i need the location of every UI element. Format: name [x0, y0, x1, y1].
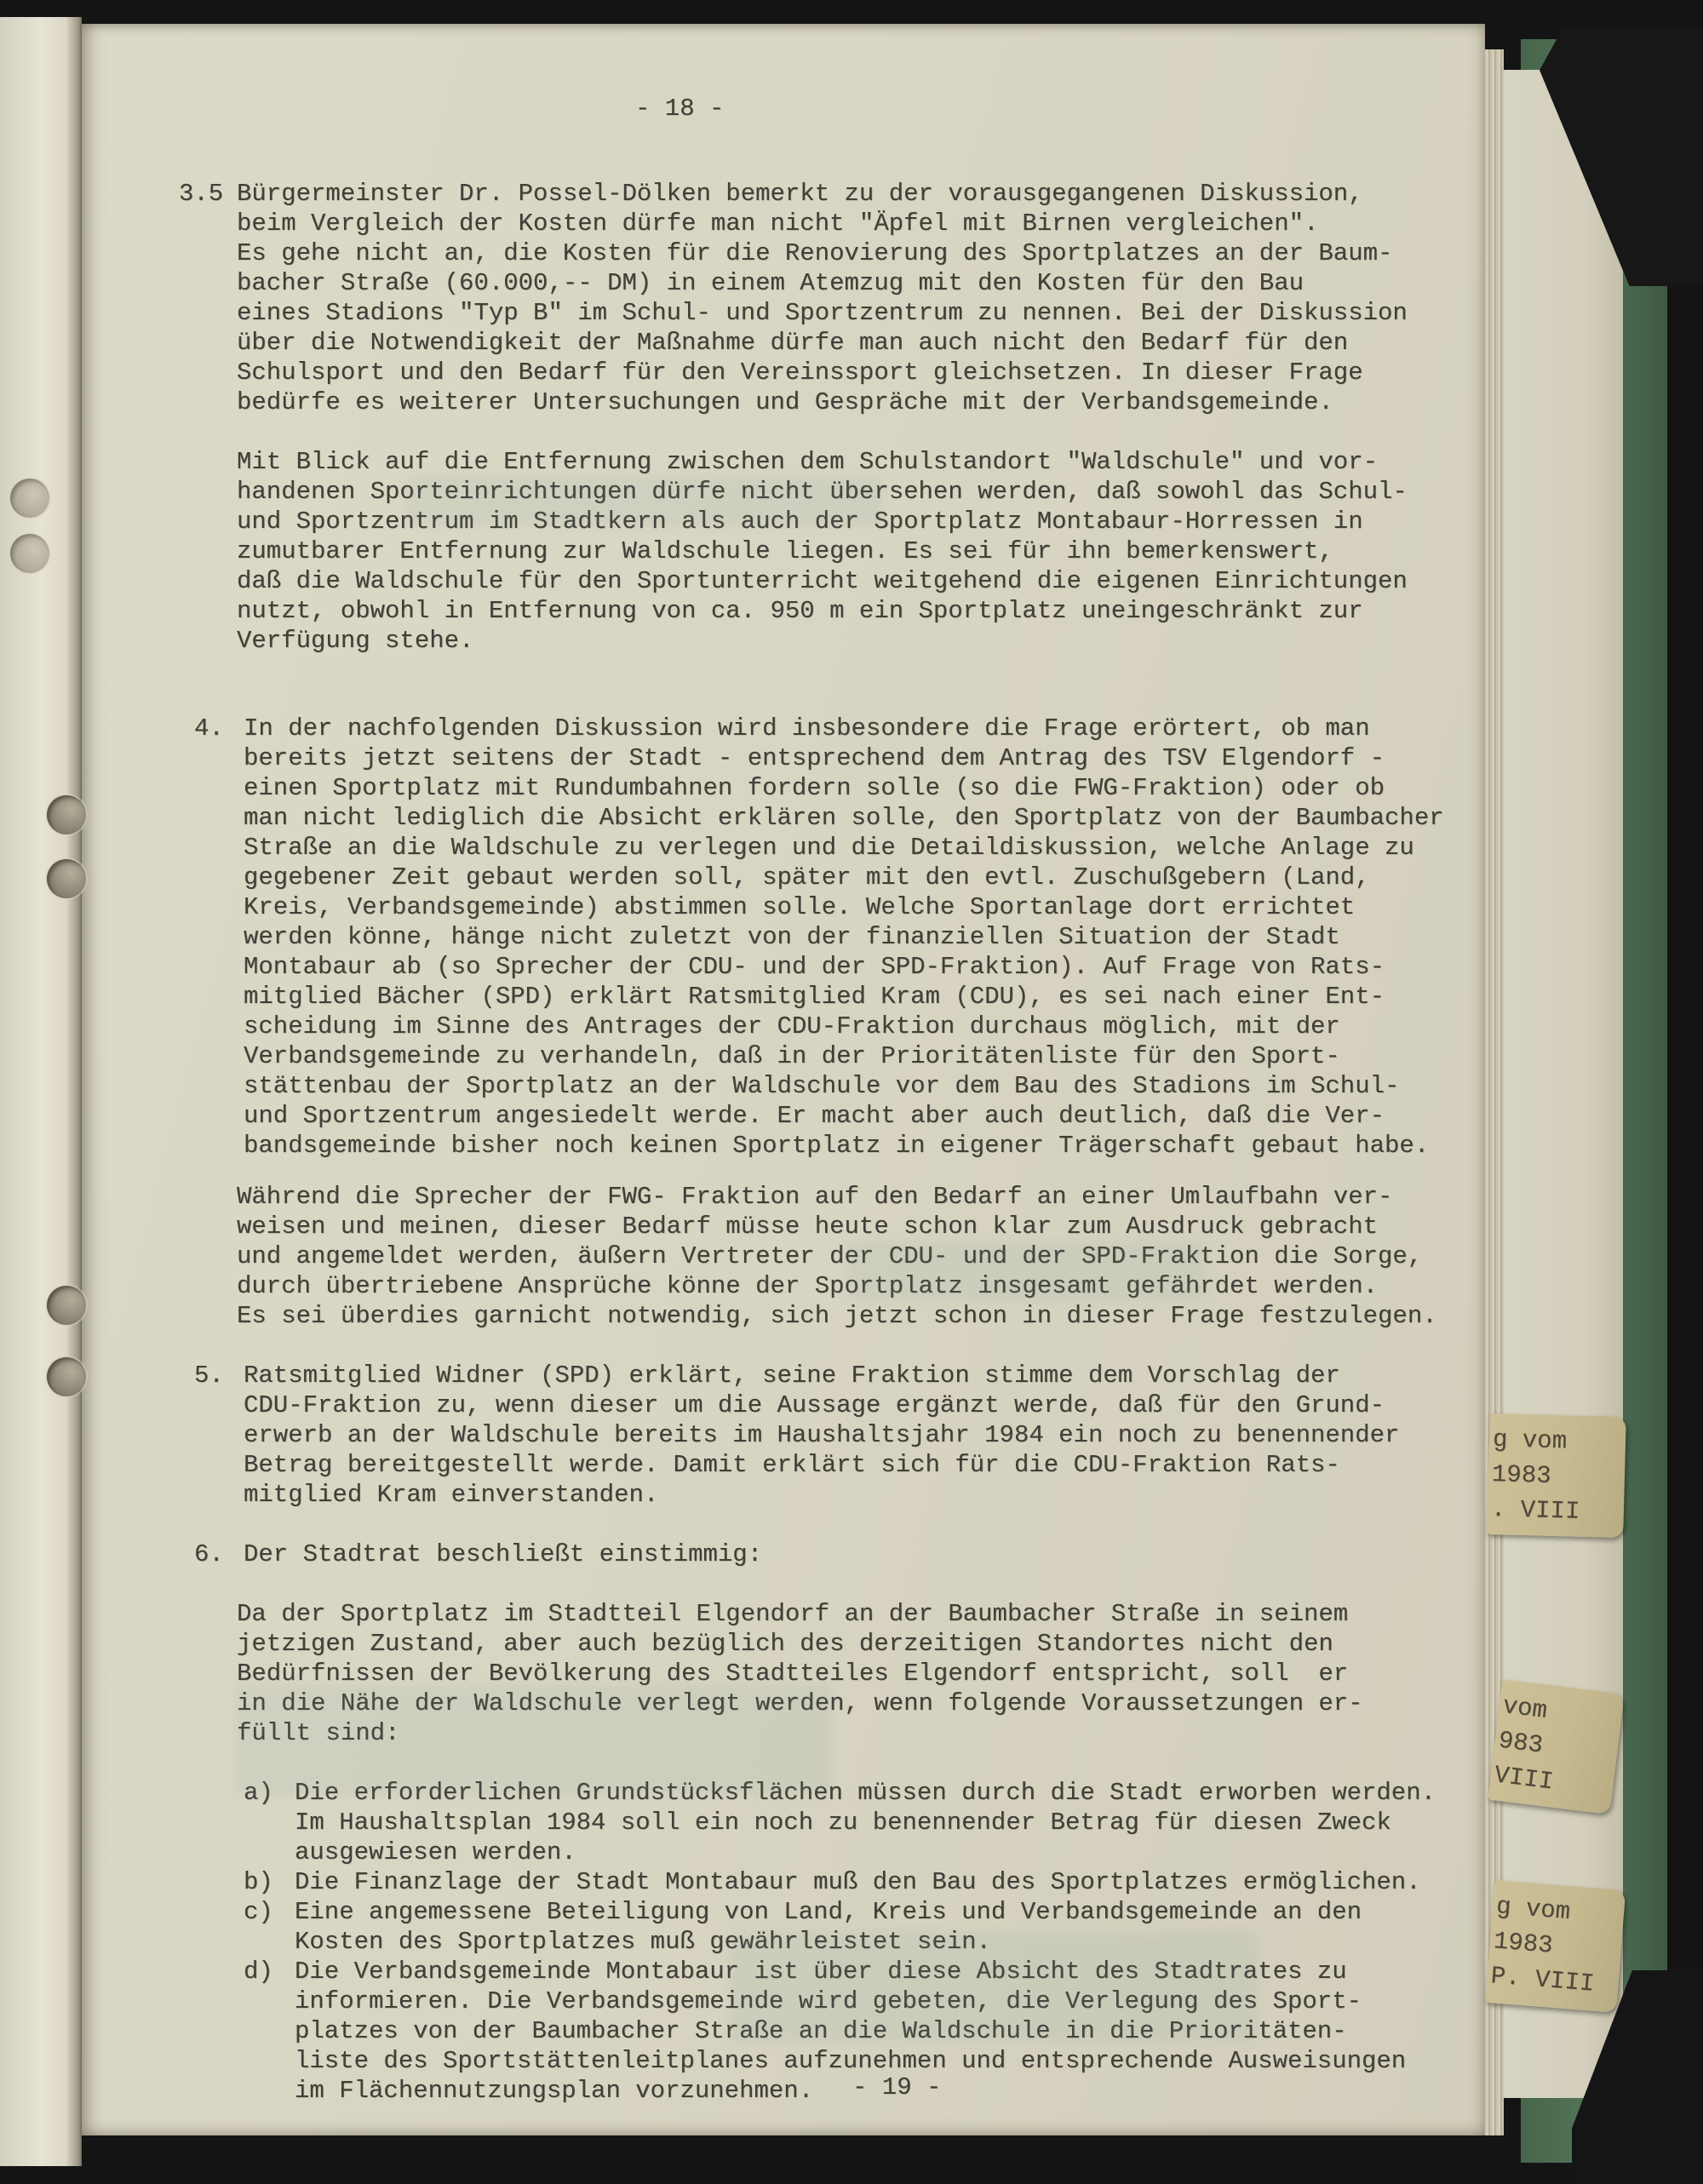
- text-line: Bürgermeinster Dr. Possel-Dölken bemerkt…: [237, 179, 1485, 209]
- text-line: Schulsport und den Bedarf für den Verein…: [237, 358, 1485, 387]
- text-line: nutzt, obwohl in Entfernung von ca. 950 …: [237, 596, 1485, 626]
- block-label: 3.5: [179, 179, 223, 209]
- text-block-b: b)Die Finanzlage der Stadt Montabaur muß…: [82, 1867, 1485, 1897]
- text-line: Während die Sprecher der FWG- Fraktion a…: [237, 1182, 1485, 1212]
- text-line: stättenbau der Sportplatz an der Waldsch…: [244, 1071, 1485, 1101]
- text-block-35: 3.5Bürgermeinster Dr. Possel-Dölken beme…: [82, 179, 1485, 417]
- text-line: erwerb an der Waldschule bereits im Haus…: [244, 1420, 1485, 1450]
- text-line: gegebener Zeit gebaut werden soll, späte…: [244, 863, 1485, 892]
- text-line: Montabaur ab (so Sprecher der CDU- und d…: [244, 952, 1485, 982]
- text-body: 3.5Bürgermeinster Dr. Possel-Dölken beme…: [82, 179, 1485, 2106]
- tab-line: . VIII: [1490, 1492, 1619, 1530]
- punch-hole: [10, 479, 49, 518]
- page-number-top: - 18 -: [82, 94, 1485, 123]
- show-through: [235, 1684, 831, 1795]
- text-line: Da der Sportplatz im Stadtteil Elgendorf…: [237, 1599, 1485, 1629]
- text-line: bereits jetzt seitens der Stadt - entspr…: [244, 743, 1485, 773]
- text-block-5: 5.Ratsmitglied Widner (SPD) erklärt, sei…: [82, 1361, 1485, 1510]
- text-line: man nicht lediglich die Absicht erklären…: [244, 803, 1485, 833]
- index-tab: g vom1983P. VIII: [1485, 1880, 1626, 2013]
- text-block-4: 4.In der nachfolgenden Diskussion wird i…: [82, 714, 1485, 1161]
- scanned-document-photo: - 18 - 3.5Bürgermeinster Dr. Possel-Dölk…: [0, 0, 1703, 2184]
- text-line: scheidung im Sinne des Antrages der CDU-…: [244, 1012, 1485, 1041]
- text-line: mitglied Kram einverstanden.: [244, 1480, 1485, 1510]
- text-line: Mit Blick auf die Entfernung zwischen de…: [237, 447, 1485, 477]
- text-line: beim Vergleich der Kosten dürfe man nich…: [237, 209, 1485, 238]
- text-line: Ratsmitglied Widner (SPD) erklärt, seine…: [244, 1361, 1485, 1390]
- block-label: b): [244, 1867, 273, 1897]
- text-line: bedürfe es weiterer Untersuchungen und G…: [237, 387, 1485, 417]
- text-line: Es sei überdies garnicht notwendig, sich…: [237, 1301, 1485, 1331]
- text-line: jetzigen Zustand, aber auch bezüglich de…: [237, 1629, 1485, 1659]
- block-label: c): [244, 1897, 273, 1927]
- punch-hole: [10, 534, 49, 573]
- text-line: und Sportzentrum angesiedelt werde. Er m…: [244, 1101, 1485, 1131]
- text-line: Die Finanzlage der Stadt Montabaur muß d…: [295, 1867, 1485, 1897]
- text-line: über die Notwendigkeit der Maßnahme dürf…: [237, 328, 1485, 358]
- document-page: - 18 - 3.5Bürgermeinster Dr. Possel-Dölk…: [82, 24, 1485, 2135]
- page-number-bottom: - 19 -: [852, 2072, 941, 2102]
- index-tab: vom983VIII: [1488, 1680, 1624, 1814]
- text-line: mitglied Bächer (SPD) erklärt Ratsmitgli…: [244, 982, 1485, 1012]
- text-line: liste des Sportstättenleitplanes aufzune…: [295, 2046, 1485, 2076]
- text-line: Verfügung stehe.: [237, 626, 1485, 656]
- text-line: bandsgemeinde bisher noch keinen Sportpl…: [244, 1131, 1485, 1161]
- block-label: 5.: [194, 1361, 224, 1390]
- text-line: einen Sportplatz mit Rundumbahnen forder…: [244, 773, 1485, 803]
- tab-line: 1983: [1491, 1457, 1620, 1495]
- text-line: Eine angemessene Beteiligung von Land, K…: [295, 1897, 1485, 1927]
- punch-hole: [47, 795, 86, 834]
- tab-line: g vom: [1493, 1422, 1621, 1460]
- show-through: [729, 1931, 1257, 2042]
- text-line: Betrag bereitgestellt werde. Damit erklä…: [244, 1450, 1485, 1480]
- punch-hole: [47, 1357, 86, 1396]
- text-line: weisen und meinen, dieser Bedarf müsse h…: [237, 1212, 1485, 1241]
- text-line: eines Stadions "Typ B" im Schul- und Spo…: [237, 298, 1485, 328]
- text-line: In der nachfolgenden Diskussion wird ins…: [244, 714, 1485, 743]
- text-paragraph: Während die Sprecher der FWG- Fraktion a…: [82, 1182, 1485, 1331]
- text-line: Kreis, Verbandsgemeinde) abstimmen solle…: [244, 892, 1485, 922]
- text-line: daß die Waldschule für den Sportunterric…: [237, 566, 1485, 596]
- punch-hole: [47, 1286, 86, 1325]
- text-line: bacher Straße (60.000,-- DM) in einem At…: [237, 268, 1485, 298]
- text-block-6: 6.Der Stadtrat beschließt einstimmig:: [82, 1539, 1485, 1569]
- punch-hole: [47, 859, 86, 898]
- show-through: [405, 475, 882, 526]
- text-line: Der Stadtrat beschließt einstimmig:: [244, 1539, 1485, 1569]
- index-tab: g vom1983. VIII: [1487, 1413, 1626, 1538]
- text-line: zumutbarer Entfernung zur Waldschule lie…: [237, 536, 1485, 566]
- block-label: 4.: [194, 714, 224, 743]
- text-line: Im Haushaltsplan 1984 soll ein noch zu b…: [295, 1808, 1485, 1837]
- facing-page-edge: [0, 17, 82, 2166]
- text-line: Es gehe nicht an, die Kosten für die Ren…: [237, 238, 1485, 268]
- block-label: 6.: [194, 1539, 224, 1569]
- text-line: Verbandsgemeinde zu verhandeln, daß in d…: [244, 1041, 1485, 1071]
- block-label: d): [244, 1957, 273, 1986]
- show-through: [848, 1241, 1206, 1301]
- text-line: Straße an die Waldschule zu verlegen und…: [244, 833, 1485, 863]
- text-line: werden könne, hänge nicht zuletzt von de…: [244, 922, 1485, 952]
- text-line: ausgewiesen werden.: [295, 1837, 1485, 1867]
- text-line: CDU-Fraktion zu, wenn dieser um die Auss…: [244, 1390, 1485, 1420]
